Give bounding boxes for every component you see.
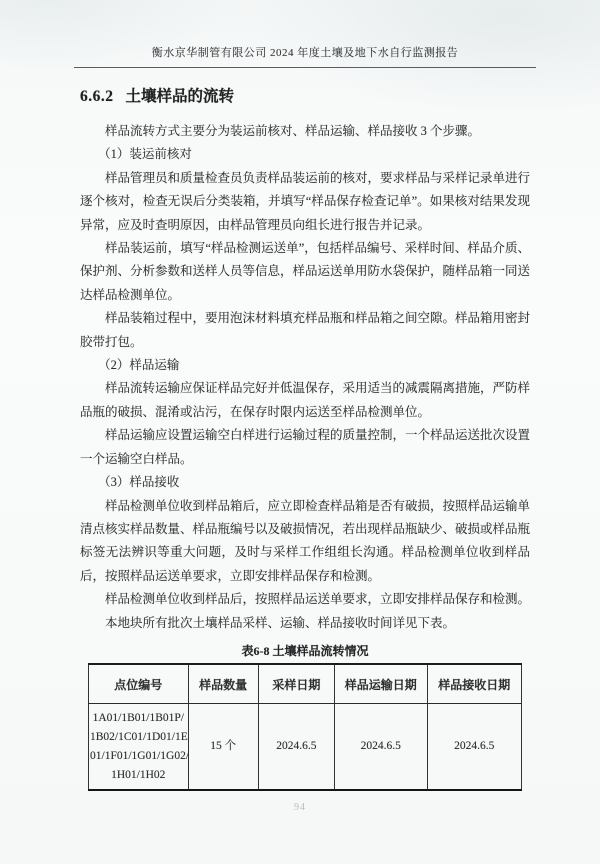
sample-flow-table: 点位编号样品数量采样日期样品运输日期样品接收日期 1A01/1B01/1B01P… <box>88 663 522 791</box>
paragraph-list: 样品流转方式主要分为装运前核对、样品运输、样品接收 3 个步骤。（1）装运前核对… <box>80 120 530 635</box>
list-subheading: （3）样品接收 <box>80 471 530 494</box>
column-header: 样品接收日期 <box>427 664 521 704</box>
list-subheading: （1）装运前核对 <box>80 143 530 166</box>
table-body: 1A01/1B01/1B01P/ 1B02/1C01/1D01/1E 01/1F… <box>89 704 522 790</box>
table-row: 1A01/1B01/1B01P/ 1B02/1C01/1D01/1E 01/1F… <box>89 704 522 790</box>
list-subheading: （2）样品运输 <box>80 354 530 377</box>
section-title-text: 土壤样品的流转 <box>126 88 235 105</box>
section-number: 6.6.2 <box>80 88 114 105</box>
table-head: 点位编号样品数量采样日期样品运输日期样品接收日期 <box>89 664 522 704</box>
column-header: 采样日期 <box>258 664 334 704</box>
column-header: 样品运输日期 <box>334 664 427 704</box>
table-cell: 2024.6.5 <box>258 704 334 790</box>
body-paragraph: 样品管理员和质量检查员负责样品装运前的核对，要求样品与采样记录单进行逐个核对，检… <box>80 167 530 237</box>
table-cell: 1A01/1B01/1B01P/ 1B02/1C01/1D01/1E 01/1F… <box>89 704 189 790</box>
running-header: 衡水京华制管有限公司 2024 年度土壤及地下水自行监测报告 <box>74 44 536 68</box>
body-paragraph: 本地块所有批次土壤样品采样、运输、样品接收时间详见下表。 <box>80 612 530 635</box>
column-header: 样品数量 <box>188 664 258 704</box>
body-paragraph: 样品流转方式主要分为装运前核对、样品运输、样品接收 3 个步骤。 <box>80 120 530 143</box>
table-cell: 2024.6.5 <box>427 704 521 790</box>
table-header-row: 点位编号样品数量采样日期样品运输日期样品接收日期 <box>89 664 522 704</box>
body-paragraph: 样品检测单位收到样品后，按照样品运送单要求，立即安排样品保存和检测。 <box>80 588 530 611</box>
body-paragraph: 样品检测单位收到样品箱后，应立即检查样品箱是否有破损，按照样品运输单清点核实样品… <box>80 495 530 589</box>
body-paragraph: 样品流转运输应保证样品完好并低温保存，采用适当的减震隔离措施，严防样品瓶的破损、… <box>80 377 530 424</box>
table-cell: 2024.6.5 <box>334 704 427 790</box>
page-number: 94 <box>0 802 600 813</box>
column-header: 点位编号 <box>89 664 189 704</box>
table-caption: 表6-8 土壤样品流转情况 <box>88 642 522 659</box>
section-heading: 6.6.2土壤样品的流转 <box>80 84 530 106</box>
body-paragraph: 样品装运前，填写“样品检测运送单”，包括样品编号、采样时间、样品介质、保护剂、分… <box>80 237 530 307</box>
table-cell: 15 个 <box>188 704 258 790</box>
body-paragraph: 样品运输应设置运输空白样进行运输过程的质量控制，一个样品运送批次设置一个运输空白… <box>80 424 530 471</box>
page-content: 6.6.2土壤样品的流转 样品流转方式主要分为装运前核对、样品运输、样品接收 3… <box>80 84 530 791</box>
scanned-report-page: { "page": { "header": "衡水京华制管有限公司 2024 年… <box>0 0 600 864</box>
body-paragraph: 样品装箱过程中，要用泡沫材料填充样品瓶和样品箱之间空隙。样品箱用密封胶带打包。 <box>80 307 530 354</box>
